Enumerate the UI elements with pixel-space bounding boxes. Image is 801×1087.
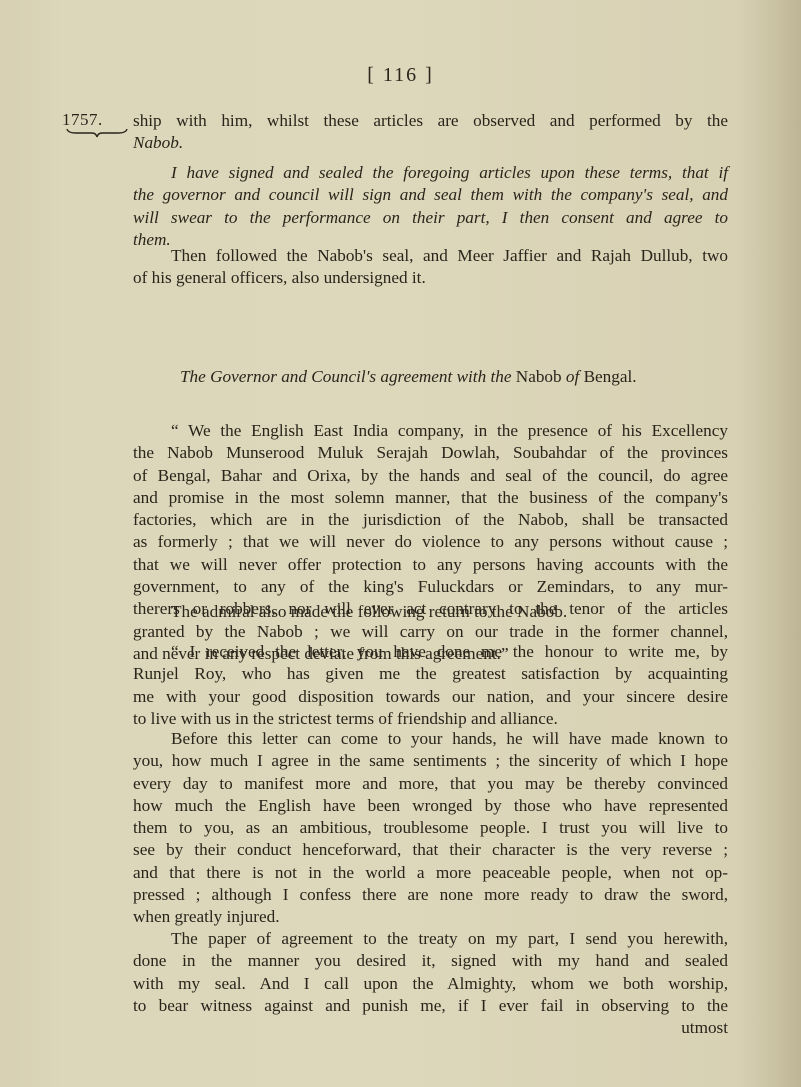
text-line: see by their conduct henceforward, that … [133,839,728,861]
text-line: to live with us in the strictest terms o… [133,708,728,730]
text-line: you, how much I agree in the same sentim… [133,750,728,772]
text-line: Nabob. [133,132,728,154]
section-heading: The Governor and Council's agreement wit… [180,367,637,387]
heading-text: Nabob [516,367,562,386]
text-line: Before this letter can come to your hand… [133,728,728,750]
text-line: of Bengal, Bahar and Orixa, by the hands… [133,465,728,487]
agreement-paragraph: “ We the English East India company, in … [133,420,728,665]
text-line: “ We the English East India company, in … [133,420,728,442]
seal-paragraph: Then followed the Nabob's seal, and Meer… [133,245,728,290]
text-line: the Nabob Munserood Muluk Serajah Dowlah… [133,442,728,464]
text-line: them to you, as an ambitious, troublesom… [133,817,728,839]
text-line: government, to any of the king's Fuluckd… [133,576,728,598]
text-line: of his general officers, also undersigne… [133,267,728,289]
admiral-paragraph: The admiral also made the following retu… [133,601,728,623]
text-line: factories, which are in the jurisdiction… [133,509,728,531]
text-line: I have signed and sealed the foregoing a… [133,162,728,184]
heading-text: Bengal. [584,367,637,386]
text-line: done in the manner you desired it, signe… [133,950,728,972]
letter-paragraph-1: “ I received the letter, you have done m… [133,641,728,730]
letter-paragraph-3: The paper of agreement to the treaty on … [133,928,728,1039]
margin-brace-icon [66,128,128,138]
catchword: utmost [133,1017,728,1039]
text-line: to bear witness against and punish me, i… [133,995,728,1017]
text-line: The admiral also made the following retu… [133,601,728,623]
text-line: Then followed the Nabob's seal, and Meer… [133,245,728,267]
text-line: the governor and council will sign and s… [133,184,728,206]
heading-text: of [566,367,579,386]
text-line: as formerly ; that we will never do viol… [133,531,728,553]
italic-declaration: I have signed and sealed the foregoing a… [133,162,728,251]
book-page: [ 116 ] 1757. ship with him, whilst thes… [0,0,801,1087]
letter-paragraph-2: Before this letter can come to your hand… [133,728,728,929]
text-line: that we will never offer protection to a… [133,554,728,576]
text-line: with my seal. And I call upon the Almigh… [133,973,728,995]
text-line: “ I received the letter, you have done m… [133,641,728,663]
text-line: ship with him, whilst these articles are… [133,110,728,132]
margin-year-note: 1757. [62,110,103,130]
text-line: how much the English have been wronged b… [133,795,728,817]
text-line: and that there is not in the world a mor… [133,862,728,884]
text-line: when greatly injured. [133,906,728,928]
text-line: me with your good disposition towards ou… [133,686,728,708]
paragraph-continuation: ship with him, whilst these articles are… [133,110,728,155]
text-line: The paper of agreement to the treaty on … [133,928,728,950]
text-line: Runjel Roy, who has given me the greates… [133,663,728,685]
text-line: and promise in the most solemn manner, t… [133,487,728,509]
text-line: pressed ; although I confess there are n… [133,884,728,906]
heading-text: The Governor and Council's agreement wit… [180,367,511,386]
page-number: [ 116 ] [0,64,801,87]
text-line: granted by the Nabob ; we will carry on … [133,621,728,643]
text-line: will swear to the performance on their p… [133,207,728,229]
text-line: every day to manifest more and more, tha… [133,773,728,795]
